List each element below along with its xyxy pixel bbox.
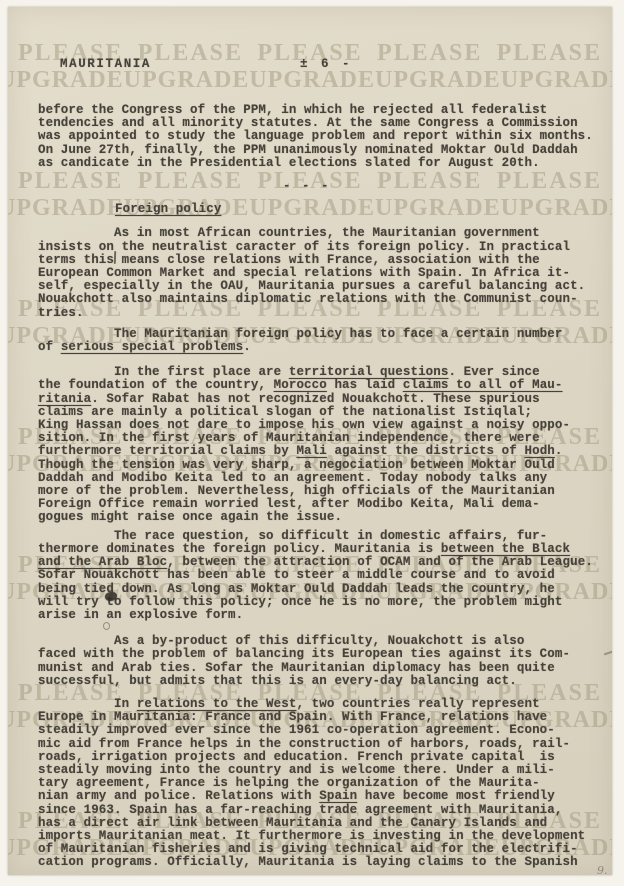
text-line: of serious special problems. [38,341,604,354]
section-divider: - - - [283,180,604,193]
text-line: successful, but admits that this is an e… [38,675,604,688]
text-line: munist and Arab ties. Sofar the Mauritan… [38,662,604,675]
paragraph: In relations to the West, two countries … [38,698,604,870]
text-line: the foundation of the country, Morocco h… [38,379,604,392]
underlined-text: between the Black [441,542,570,556]
text-line: since 1963. Spain has a far-reaching tra… [38,804,604,817]
text-line: as candicate in the Presidential electio… [38,157,604,170]
paragraph: In the first place are territorial quest… [38,366,604,524]
text-line: nian army and police. Relations with Spa… [38,790,604,803]
document-body: before the Congress of the PPM, in which… [38,104,604,870]
underlined-text: ritania [38,392,91,406]
text-line: Nouakchott also maintains diplomatic rel… [38,293,604,306]
page-number: ± 6 - [300,57,353,71]
text-line: tries. [38,307,604,320]
text-line: gogues might raise once again the issue. [38,511,604,524]
section-heading: Foreign policy [115,203,604,216]
text-line: being tied down. As long as Moktar Ould … [38,583,604,596]
paragraph: The Mauritanian foreign policy has to fa… [38,328,604,354]
text-line: Sofar Nouakchott has been able to steer … [38,569,604,582]
circle-pen-mark [103,622,110,630]
pencil-page-mark: 9. [597,864,608,877]
stray-edge-mark [604,651,612,656]
underlined-text: and the Arab Bloc [38,555,167,569]
text-line: insists on the neutralist caracter of it… [38,241,604,254]
page-header: MAURITANIA ± 6 - [60,57,580,71]
text-line: arise in an explosive form. [38,609,604,622]
underlined-text: serious special problems [61,340,243,354]
text-line: roads, irrigation projects and education… [38,751,604,764]
text-line: Though the tension was very sharp, a neg… [38,459,604,472]
paragraph: The race question, so difficult in domes… [38,530,604,622]
underlined-text: claims to all of Mau- [403,378,563,392]
underlined-text: relations to the West [137,697,297,711]
text-line: has a direct air link between Mauritania… [38,817,604,830]
text-line: mic aid from France helps in the constru… [38,738,604,751]
text-line: ritania. Sofar Rabat has not recognized … [38,393,604,406]
text-line: cation programs. Officially, Mauritania … [38,856,604,869]
underlined-text: Mali [296,444,326,458]
scanned-document-page: { "colors":{ "paper":"#ddd6c4", "ink":"#… [0,0,624,886]
text-line: As in most African countries, the Maurit… [38,227,604,240]
text-line: will try to follow this policy; once he … [38,596,604,609]
paragraph: As in most African countries, the Maurit… [38,227,604,319]
text-line: On June 27th, finally, the PPM unanimous… [38,144,604,157]
text-line: faced with the problem of balancing its … [38,648,604,661]
underlined-text: Hodh [525,444,555,458]
text-line: Foreign policy [115,203,604,216]
text-line: - - - [283,180,604,193]
underlined-text: Spain [319,789,357,803]
text-line: steadily improved ever since the 1961 co… [38,724,604,737]
doc-title: MAURITANIA [60,57,151,71]
paper-sheet: PLEASEPLEASEPLEASEPLEASEPLEASEUPGRADEUPG… [8,7,612,875]
text-line: was appointed to study the language prob… [38,130,604,143]
underlined-text: Morocco [274,378,327,392]
paragraph: As a by-product of this difficulty, Noua… [38,635,604,688]
paragraph: before the Congress of the PPM, in which… [38,104,604,170]
text-line: furthermore territorial claims by Mali a… [38,445,604,458]
